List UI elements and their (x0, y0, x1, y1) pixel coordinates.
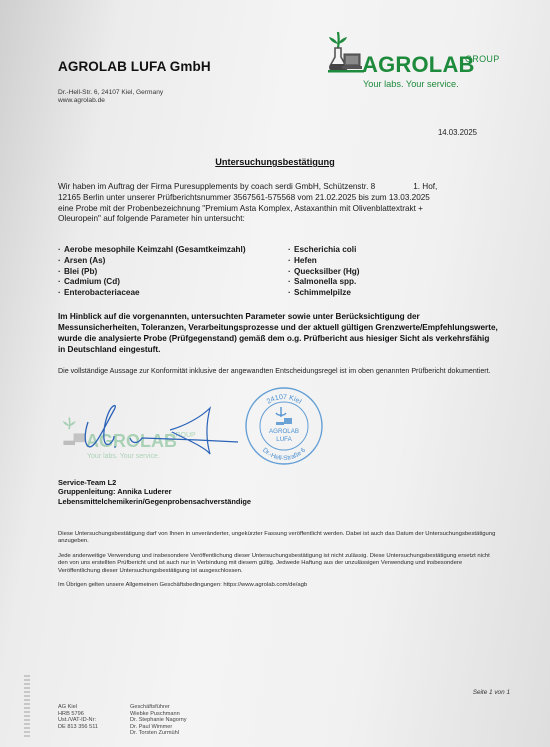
intro-line-4: Oleuropein" auf folgende Parameter hin u… (58, 214, 488, 225)
terms-paragraph: Im Übrigen gelten unsere Allgemeinen Ges… (58, 582, 498, 589)
signatory-team: Service-Team L2 (58, 478, 251, 487)
logo-wordmark: AGROLAB (362, 52, 475, 78)
stamp-center-line-2: LUFA (276, 436, 292, 443)
stamp-center-line-1: AGROLAB (269, 428, 299, 435)
signatory-role: Lebensmittelchemikerin/Gegenprobensachve… (58, 497, 251, 506)
stamp-top-text: 24107 Kiel (266, 394, 303, 406)
intro-line-3: eine Probe mit der Probenbezeichnung "Pr… (58, 204, 488, 215)
intro-paragraph: Wir haben im Auftrag der Firma Puresuppl… (58, 182, 488, 225)
company-stamp: 24107 Kiel Dr.-Hell-Straße 6 AGROLAB LUF… (243, 385, 325, 467)
parameter-item: ·Salmonella spp. (288, 277, 488, 288)
parameter-item: ·Arsen (As) (58, 256, 288, 267)
document-date: 14.03.2025 (438, 128, 477, 137)
disclaimer-paragraph-2: Jede anderweitige Verwendung und insbeso… (58, 553, 498, 575)
legal-info: AG Kiel HRB 5796 Ust./VAT-ID-Nr: DE 813 … (58, 704, 98, 730)
parameter-item: ·Hefen (288, 256, 488, 267)
parameter-item: ·Blei (Pb) (58, 267, 288, 278)
lab-plant-icon (328, 30, 364, 74)
parameter-list: ·Aerobe mesophile Keimzahl (Gesamtkeimza… (58, 245, 488, 299)
logo-suffix: GROUP (465, 54, 500, 64)
footer-disclaimer: Diese Untersuchungsbestätigung darf von … (58, 531, 498, 596)
parameter-column-1: ·Aerobe mesophile Keimzahl (Gesamtkeimza… (58, 245, 288, 299)
parameter-column-2: ·Escherichia coli ·Hefen ·Quecksilber (H… (288, 245, 488, 299)
parameter-item: ·Aerobe mesophile Keimzahl (Gesamtkeimza… (58, 245, 288, 256)
company-address-block: Dr.-Hell-Str. 6, 24107 Kiel, Germany www… (58, 89, 163, 105)
intro-line-1b: 1. Hof, (413, 182, 437, 191)
document-title: Untersuchungsbestätigung (0, 157, 550, 167)
page-number: Seite 1 von 1 (473, 689, 510, 696)
parameter-item: ·Enterobacteriaceae (58, 288, 288, 299)
company-name: AGROLAB LUFA GmbH (58, 59, 211, 74)
parameter-item: ·Schimmelpilze (288, 288, 488, 299)
company-address: Dr.-Hell-Str. 6, 24107 Kiel, Germany (58, 89, 163, 97)
parameter-item: ·Quecksilber (Hg) (288, 267, 488, 278)
conformity-note: Die vollständige Aussage zur Konformität… (58, 367, 498, 376)
signatory-lead: Gruppenleitung: Annika Luderer (58, 487, 251, 496)
intro-line-2: 12165 Berlin unter unserer Prüfberichtsn… (58, 193, 488, 204)
managing-directors: Geschäftsführer Wiebke Puschmann Dr. Ste… (130, 704, 187, 737)
logo-tagline: Your labs. Your service. (363, 79, 459, 89)
verdict-paragraph: Im Hinblick auf die vorgenannten, unters… (58, 311, 498, 355)
disclaimer-paragraph-1: Diese Untersuchungsbestätigung darf von … (58, 531, 498, 546)
vertical-document-code (24, 675, 30, 739)
svg-text:24107 Kiel: 24107 Kiel (266, 394, 303, 406)
company-website: www.agrolab.de (58, 97, 163, 105)
signatory-block: Service-Team L2 Gruppenleitung: Annika L… (58, 478, 251, 506)
parameter-item: ·Escherichia coli (288, 245, 488, 256)
parameter-item: ·Cadmium (Cd) (58, 277, 288, 288)
intro-line-1a: Wir haben im Auftrag der Firma Puresuppl… (58, 182, 375, 191)
agrolab-group-logo: AGROLAB GROUP Your labs. Your service. (328, 30, 528, 100)
